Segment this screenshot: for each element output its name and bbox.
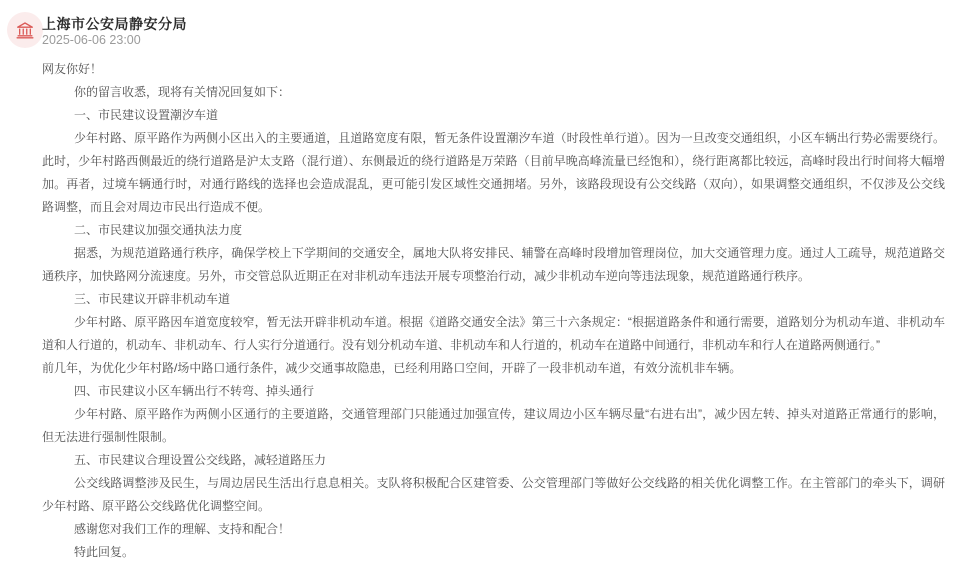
reply-paragraph: 据悉，为规范道路通行秩序，确保学校上下学期间的交通安全，属地大队将安排民、辅警在…	[42, 242, 945, 288]
agency-name: 上海市公安局静安分局	[42, 14, 187, 34]
reply-paragraph: 网友你好！	[42, 58, 945, 81]
post-header: 上海市公安局静安分局 2025-06-06 23:00	[0, 0, 957, 50]
reply-paragraph: 特此回复。	[42, 541, 945, 564]
reply-paragraph: 四、市民建议小区车辆出行不转弯、掉头通行	[42, 380, 945, 403]
reply-paragraph: 公交线路调整涉及民生，与周边居民生活出行息息相关。支队将积极配合区建管委、公交管…	[42, 472, 945, 518]
reply-paragraph: 少年村路、原平路作为两侧小区出入的主要通道，且道路宽度有限，暂无条件设置潮汐车道…	[42, 127, 945, 219]
reply-paragraph: 前几年，为优化少年村路/场中路口通行条件，减少交通事故隐患，已经利用路口空间，开…	[42, 357, 945, 380]
reply-body: 网友你好！你的留言收悉，现将有关情况回复如下：一、市民建议设置潮汐车道少年村路、…	[42, 58, 945, 564]
post-timestamp: 2025-06-06 23:00	[42, 33, 141, 47]
reply-paragraph: 一、市民建议设置潮汐车道	[42, 104, 945, 127]
government-building-icon	[15, 20, 35, 40]
reply-post: 上海市公安局静安分局 2025-06-06 23:00 网友你好！你的留言收悉，…	[0, 0, 957, 581]
reply-paragraph: 感谢您对我们工作的理解、支持和配合！	[42, 518, 945, 541]
agency-avatar	[7, 12, 43, 48]
reply-paragraph: 你的留言收悉，现将有关情况回复如下：	[42, 81, 945, 104]
reply-paragraph: 少年村路、原平路作为两侧小区通行的主要道路，交通管理部门只能通过加强宣传，建议周…	[42, 403, 945, 449]
reply-paragraph: 五、市民建议合理设置公交线路，减轻道路压力	[42, 449, 945, 472]
reply-paragraph: 二、市民建议加强交通执法力度	[42, 219, 945, 242]
reply-paragraph: 少年村路、原平路因车道宽度较窄，暂无法开辟非机动车道。根据《道路交通安全法》第三…	[42, 311, 945, 357]
reply-paragraph: 三、市民建议开辟非机动车道	[42, 288, 945, 311]
